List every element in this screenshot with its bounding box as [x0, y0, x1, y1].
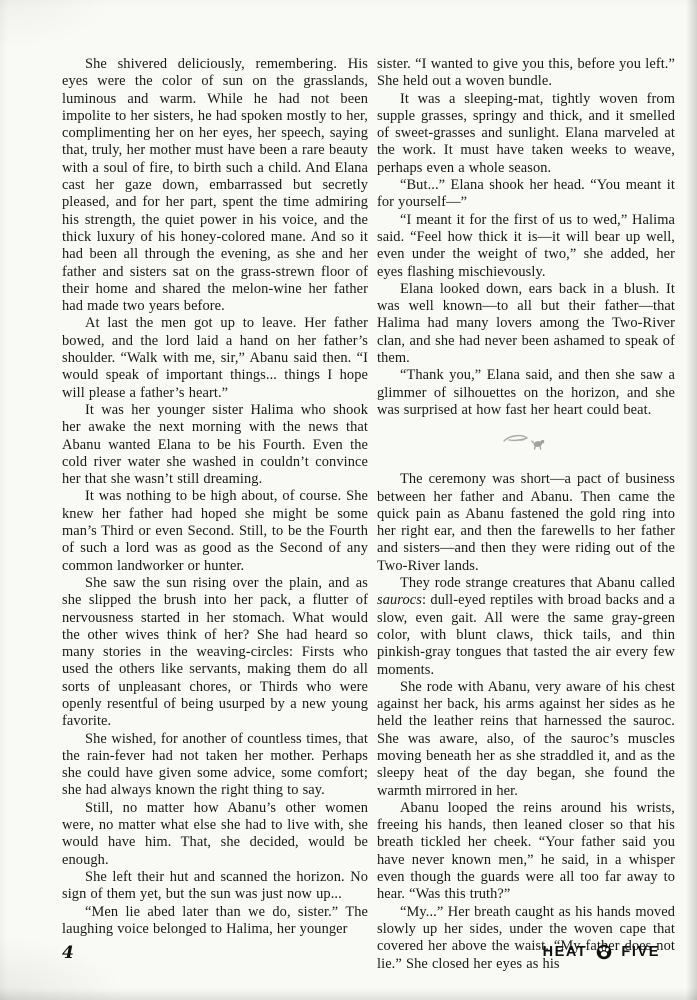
- paragraph: At last the men got up to leave. Her fat…: [62, 315, 368, 401]
- paragraph: It was nothing to be high about, of cour…: [62, 488, 368, 574]
- right-column-upper-section: sister. “I wanted to give you this, befo…: [377, 56, 675, 419]
- paragraph: “But...” Elana shook her head. “You mean…: [377, 177, 675, 212]
- paragraph: Still, no matter how Abanu’s other women…: [62, 800, 368, 869]
- page-number: 4: [62, 943, 74, 963]
- paragraph: It was a sleeping-mat, tightly woven fro…: [377, 91, 675, 177]
- paragraph: Elana looked down, ears back in a blush.…: [377, 281, 675, 367]
- running-title-word-five: FIVE: [621, 944, 660, 960]
- right-text-column: sister. “I wanted to give you this, befo…: [377, 56, 675, 973]
- paragraph: “Thank you,” Elana said, and then she sa…: [377, 367, 675, 419]
- left-text-column: She shivered deliciously, remembering. H…: [62, 56, 368, 938]
- paragraph: It was her younger sister Halima who sho…: [62, 402, 368, 488]
- paragraph: She wished, for another of countless tim…: [62, 731, 368, 800]
- paragraph: She saw the sun rising over the plain, a…: [62, 575, 368, 731]
- right-column-lower-section: The ceremony was short—a pact of busines…: [377, 471, 675, 973]
- paw-icon: [596, 944, 612, 960]
- paragraph: Abanu looped the reins around his wrists…: [377, 800, 675, 904]
- paragraph: She left their hut and scanned the horiz…: [62, 869, 368, 904]
- running-title-word-heat: HEAT: [543, 944, 588, 960]
- running-title: HEAT FIVE: [543, 944, 660, 960]
- section-divider-ornament: [377, 432, 675, 454]
- paragraph: She rode with Abanu, very aware of his c…: [377, 679, 675, 800]
- paragraph: She shivered deliciously, remembering. H…: [62, 56, 368, 315]
- paragraph: sister. “I wanted to give you this, befo…: [377, 56, 675, 91]
- paragraph: The ceremony was short—a pact of busines…: [377, 471, 675, 575]
- paragraph: “I meant it for the first of us to wed,”…: [377, 212, 675, 281]
- page-footer: 4 HEAT FIVE: [62, 941, 660, 965]
- book-page: She shivered deliciously, remembering. H…: [0, 0, 697, 1000]
- paragraph: They rode strange creatures that Abanu c…: [377, 575, 675, 679]
- running-animal-flourish-icon: [498, 432, 554, 454]
- paragraph: “Men lie abed later than we do, sister.”…: [62, 904, 368, 939]
